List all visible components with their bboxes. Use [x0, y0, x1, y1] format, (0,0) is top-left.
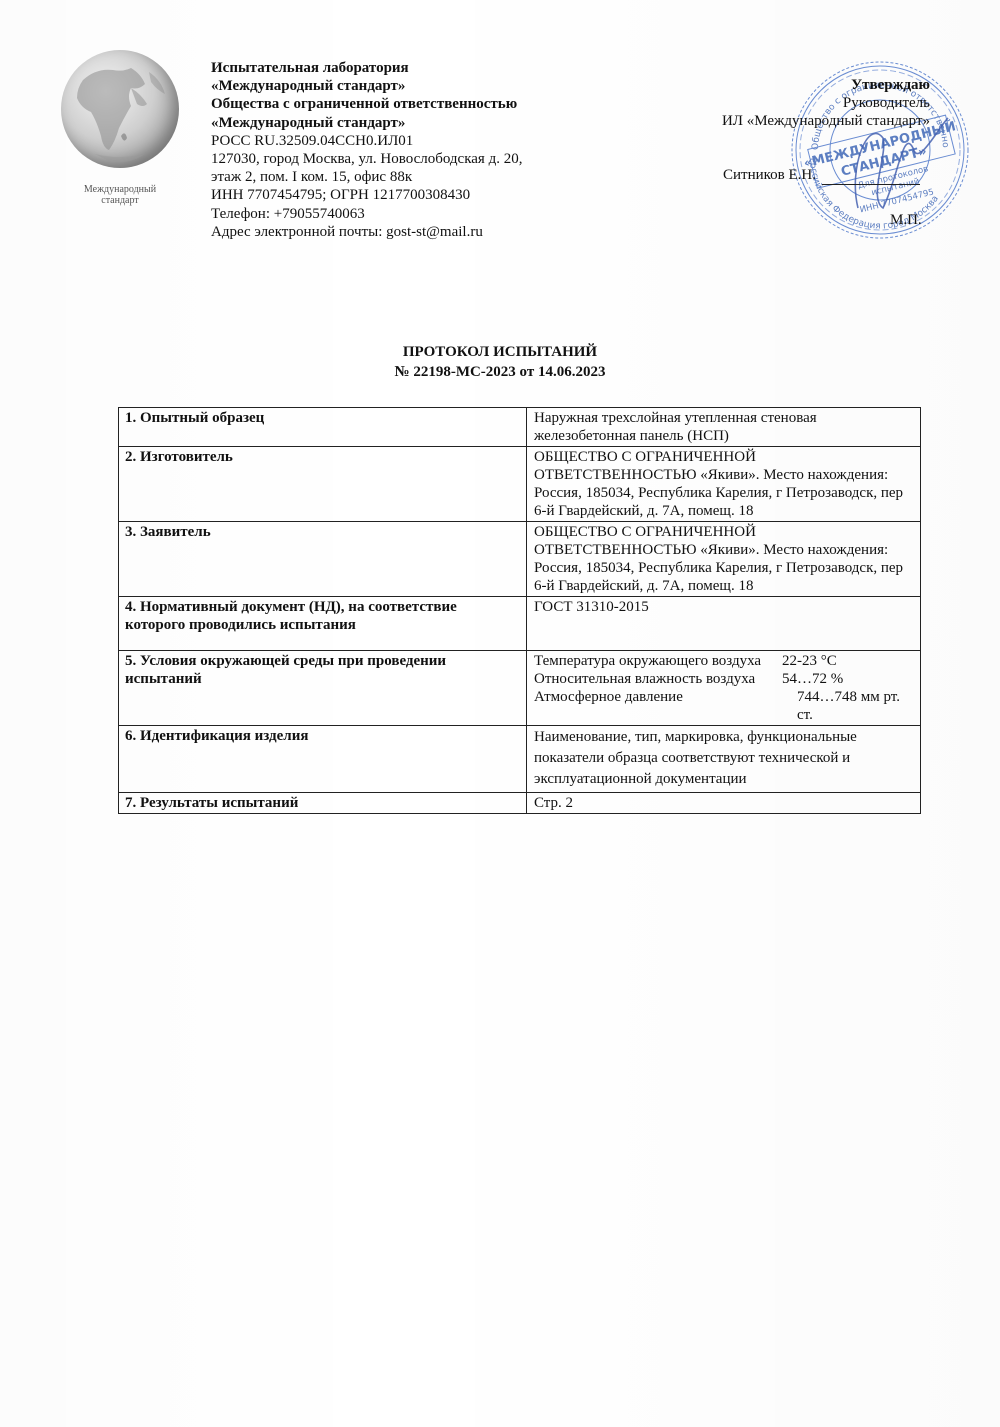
lab-header: Испытательная лаборатория «Международный…	[211, 59, 522, 241]
approval-position: Руководитель	[722, 94, 930, 112]
condition-pressure: Атмосферное давление 744…748 мм рт. ст.	[534, 688, 914, 724]
row-key: 6. Идентификация изделия	[119, 726, 527, 793]
row-value: Наружная трехслойная утепленная стеновая…	[527, 408, 921, 447]
condition-value: 54…72 %	[782, 670, 914, 688]
condition-label: Температура окружающего воздуха	[534, 652, 782, 670]
table-row: 6. Идентификация изделия Наименование, т…	[119, 726, 921, 793]
lab-email: Адрес электронной почты: gost-st@mail.ru	[211, 223, 522, 241]
logo-caption-line1: Международный	[55, 184, 185, 195]
lab-logo: Международный стандарт	[55, 50, 185, 206]
conditions-cell: Температура окружающего воздуха 22-23 °С…	[527, 651, 921, 726]
condition-value: 744…748 мм рт. ст.	[782, 688, 914, 724]
condition-temperature: Температура окружающего воздуха 22-23 °С	[534, 652, 914, 670]
svg-text:испытаний: испытаний	[870, 177, 920, 199]
row-value: ОБЩЕСТВО С ОГРАНИЧЕННОЙ ОТВЕТСТВЕННОСТЬЮ…	[527, 522, 921, 597]
table-row: 5. Условия окружающей среды при проведен…	[119, 651, 921, 726]
approval-block: Утверждаю Руководитель ИЛ «Международный…	[722, 76, 930, 130]
svg-text:СТАНДАРТ»: СТАНДАРТ»	[840, 144, 929, 180]
condition-value: 22-23 °С	[782, 652, 914, 670]
lab-address-line1: 127030, город Москва, ул. Новослободская…	[211, 150, 522, 168]
logo-caption-line2: стандарт	[55, 195, 185, 206]
row-value: Наименование, тип, маркировка, функциона…	[527, 726, 921, 793]
lab-org-line1: Общества с ограниченной ответственностью	[211, 95, 522, 113]
seal-place-label: М.П.	[890, 212, 922, 229]
table-row: 3. Заявитель ОБЩЕСТВО С ОГРАНИЧЕННОЙ ОТВ…	[119, 522, 921, 597]
lab-name-line2: «Международный стандарт»	[211, 77, 522, 95]
row-value: ОБЩЕСТВО С ОГРАНИЧЕННОЙ ОТВЕТСТВЕННОСТЬЮ…	[527, 447, 921, 522]
protocol-heading: ПРОТОКОЛ ИСПЫТАНИЙ	[0, 342, 1000, 362]
lab-name-line1: Испытательная лаборатория	[211, 59, 522, 77]
approval-org: ИЛ «Международный стандарт»	[722, 112, 930, 130]
row-key: 2. Изготовитель	[119, 447, 527, 522]
row-key: 4. Нормативный документ (НД), на соответ…	[119, 597, 527, 651]
table-row: 4. Нормативный документ (НД), на соответ…	[119, 597, 921, 651]
globe-icon	[61, 50, 179, 168]
condition-label: Атмосферное давление	[534, 688, 782, 724]
table-row: 7. Результаты испытаний Стр. 2	[119, 793, 921, 814]
condition-humidity: Относительная влажность воздуха 54…72 %	[534, 670, 914, 688]
row-key: 5. Условия окружающей среды при проведен…	[119, 651, 527, 726]
approval-label: Утверждаю	[722, 76, 930, 94]
protocol-number: № 22198-МС-2023 от 14.06.2023	[0, 362, 1000, 382]
lab-phone: Телефон: +79055740063	[211, 205, 522, 223]
table-row: 2. Изготовитель ОБЩЕСТВО С ОГРАНИЧЕННОЙ …	[119, 447, 921, 522]
lab-org-line2: «Международный стандарт»	[211, 114, 522, 132]
lab-accreditation: РОСС RU.32509.04ССН0.ИЛ01	[211, 132, 522, 150]
row-key: 1. Опытный образец	[119, 408, 527, 447]
signature-line	[822, 184, 920, 185]
row-key: 3. Заявитель	[119, 522, 527, 597]
row-key: 7. Результаты испытаний	[119, 793, 527, 814]
row-value: ГОСТ 31310-2015	[527, 597, 921, 651]
protocol-title: ПРОТОКОЛ ИСПЫТАНИЙ № 22198-МС-2023 от 14…	[0, 342, 1000, 382]
svg-text:Для протоколов: Для протоколов	[857, 164, 929, 191]
row-value: Стр. 2	[527, 793, 921, 814]
protocol-table: 1. Опытный образец Наружная трехслойная …	[118, 407, 921, 814]
table-row: 1. Опытный образец Наружная трехслойная …	[119, 408, 921, 447]
condition-label: Относительная влажность воздуха	[534, 670, 782, 688]
lab-ids: ИНН 7707454795; ОГРН 1217700308430	[211, 186, 522, 204]
signer-name: Ситников Е.Н.	[723, 167, 816, 184]
lab-address-line2: этаж 2, пом. I ком. 15, офис 88к	[211, 168, 522, 186]
